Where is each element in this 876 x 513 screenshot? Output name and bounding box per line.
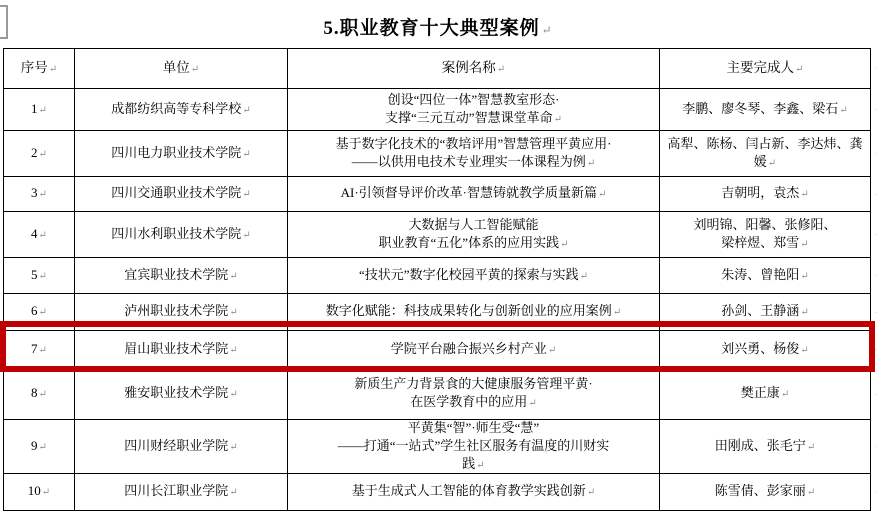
row-number-cell: 8	[4, 369, 75, 420]
case-name-text: 平黄集“智”·师生受“慧” ——打通“一站式”学生社区服务有温度的川财实 践	[338, 420, 610, 474]
table-row-1: 1 成都纺织高等专科学校 创设“四位一体”智慧教室形态· 支撑“三元互动”智慧课…	[4, 89, 871, 131]
contributors-cell: 刘明锦、阳馨、张修阳、 梁梓煜、郑雪	[660, 212, 871, 258]
unit-text: 成都纺织高等专科学校	[111, 100, 250, 120]
unit-text: 泸州职业技术学院	[124, 302, 237, 322]
contributors-cell: 吉朝明，袁杰	[660, 177, 871, 212]
unit-cell: 成都纺织高等专科学校	[75, 89, 288, 131]
row-number-text: 4	[31, 225, 47, 245]
case-name-text: 创设“四位一体”智慧教室形态· 支撑“三元互动”智慧课堂革命	[385, 91, 562, 129]
case-name-text: 学院平台融合振兴乡村产业	[391, 340, 556, 360]
contributors-text: 吉朝明，袁杰	[721, 184, 808, 204]
case-name-cell: 平黄集“智”·师生受“慧” ——打通“一站式”学生社区服务有温度的川财实 践	[288, 420, 660, 474]
table-row-10: 10 四川长江职业学院 基于生成式人工智能的体育教学实践创新 陈雪倩、彭家丽	[4, 474, 871, 511]
contributors-cell: 陈雪倩、彭家丽	[660, 474, 871, 511]
document-page: 5.职业教育十大典型案例 序号 单位 案例名称 主要完成人 1 成都纺织高等专科…	[0, 0, 876, 513]
table-row-3: 3 四川交通职业技术学院 AI·引领督导评价改革·智慧铸就教学质量新篇 吉朝明，…	[4, 177, 871, 212]
unit-cell: 四川电力职业技术学院	[75, 131, 288, 177]
contributors-text: 孙剑、王静涵	[721, 302, 808, 322]
case-name-cell: 大数据与人工智能赋能 职业教育“五化”体系的应用实践	[288, 212, 660, 258]
row-number-text: 9	[31, 437, 47, 457]
unit-cell: 泸州职业技术学院	[75, 294, 288, 331]
page-title-text: 5.职业教育十大典型案例	[323, 18, 552, 39]
unit-cell: 雅安职业技术学院	[75, 369, 288, 420]
contributors-cell: 刘兴勇、杨俊	[660, 331, 871, 369]
table-row-7-highlighted: 7 眉山职业技术学院 学院平台融合振兴乡村产业 刘兴勇、杨俊	[4, 331, 871, 369]
contributors-cell: 朱涛、曾艳阳	[660, 258, 871, 294]
unit-text: 四川长江职业学院	[124, 482, 237, 502]
table-row-9: 9 四川财经职业学院 平黄集“智”·师生受“慧” ——打通“一站式”学生社区服务…	[4, 420, 871, 474]
case-name-text: 数字化赋能：科技成果转化与创新创业的应用案例	[326, 302, 621, 322]
row-number-text: 7	[31, 340, 47, 360]
header-cell-contributors: 主要完成人	[660, 49, 871, 89]
case-name-cell: 学院平台融合振兴乡村产业	[288, 331, 660, 369]
case-name-text: 基于数字化技术的“教培评用”智慧管理平黄应用· ——以供用电技术专业理实一体课程…	[336, 135, 612, 173]
unit-cell: 四川水利职业技术学院	[75, 212, 288, 258]
unit-cell: 四川长江职业学院	[75, 474, 288, 511]
unit-text: 宜宾职业技术学院	[124, 266, 237, 286]
header-no-text: 序号	[21, 59, 57, 79]
header-cell-no: 序号	[4, 49, 75, 89]
row-number-cell: 6	[4, 294, 75, 331]
contributors-text: 刘明锦、阳馨、张修阳、 梁梓煜、郑雪	[693, 216, 836, 254]
unit-cell: 四川交通职业技术学院	[75, 177, 288, 212]
row-number-text: 3	[31, 184, 47, 204]
row-number-cell: 10	[4, 474, 75, 511]
case-name-cell: “技状元”数字化校园平黄的探索与实践	[288, 258, 660, 294]
row-number-cell: 5	[4, 258, 75, 294]
row-number-cell: 7	[4, 331, 75, 369]
row-number-cell: 9	[4, 420, 75, 474]
row-number-text: 8	[31, 384, 47, 404]
case-name-text: 基于生成式人工智能的体育教学实践创新	[352, 482, 595, 502]
table-row-5: 5 宜宾职业技术学院 “技状元”数字化校园平黄的探索与实践 朱涛、曾艳阳	[4, 258, 871, 294]
case-name-cell: 基于生成式人工智能的体育教学实践创新	[288, 474, 660, 511]
header-case-name-text: 案例名称	[442, 59, 505, 79]
table-row-2: 2 四川电力职业技术学院 基于数字化技术的“教培评用”智慧管理平黄应用· ——以…	[4, 131, 871, 177]
table-row-6: 6 泸州职业技术学院 数字化赋能：科技成果转化与创新创业的应用案例 孙剑、王静涵	[4, 294, 871, 331]
contributors-text: 樊正康	[741, 384, 789, 404]
row-number-text: 6	[31, 302, 47, 322]
case-name-cell: 新质生产力背景食的大健康服务管理平黄· 在医学教育中的应用	[288, 369, 660, 420]
contributors-text: 李鹏、廖冬琴、李鑫、梁石	[682, 100, 847, 120]
unit-cell: 四川财经职业学院	[75, 420, 288, 474]
contributors-text: 刘兴勇、杨俊	[721, 340, 808, 360]
header-cell-unit: 单位	[75, 49, 288, 89]
cases-table: 序号 单位 案例名称 主要完成人 1 成都纺织高等专科学校 创设“四位一体”智慧…	[3, 48, 871, 511]
contributors-cell: 高犁、陈杨、闫占新、李达炜、龚 媛	[660, 131, 871, 177]
unit-cell: 宜宾职业技术学院	[75, 258, 288, 294]
row-number-cell: 1	[4, 89, 75, 131]
case-name-cell: AI·引领督导评价改革·智慧铸就教学质量新篇	[288, 177, 660, 212]
case-name-cell: 创设“四位一体”智慧教室形态· 支撑“三元互动”智慧课堂革命	[288, 89, 660, 131]
header-unit-text: 单位	[163, 59, 199, 79]
header-cell-case-name: 案例名称	[288, 49, 660, 89]
contributors-text: 田刚成、张毛宁	[715, 437, 815, 457]
case-name-text: “技状元”数字化校园平黄的探索与实践	[359, 266, 588, 286]
table-row-4: 4 四川水利职业技术学院 大数据与人工智能赋能 职业教育“五化”体系的应用实践 …	[4, 212, 871, 258]
unit-text: 眉山职业技术学院	[124, 340, 237, 360]
unit-text: 雅安职业技术学院	[124, 384, 237, 404]
header-contributors-text: 主要完成人	[727, 59, 804, 79]
contributors-cell: 田刚成、张毛宁	[660, 420, 871, 474]
unit-text: 四川水利职业技术学院	[111, 225, 250, 245]
case-name-cell: 基于数字化技术的“教培评用”智慧管理平黄应用· ——以供用电技术专业理实一体课程…	[288, 131, 660, 177]
row-number-cell: 3	[4, 177, 75, 212]
case-name-text: 大数据与人工智能赋能 职业教育“五化”体系的应用实践	[379, 216, 569, 254]
contributors-cell: 李鹏、廖冬琴、李鑫、梁石	[660, 89, 871, 131]
table-header-row: 序号 单位 案例名称 主要完成人	[4, 49, 871, 89]
case-name-text: 新质生产力背景食的大健康服务管理平黄· 在医学教育中的应用	[354, 375, 592, 413]
row-number-text: 1	[31, 100, 47, 120]
row-number-text: 2	[31, 144, 47, 164]
contributors-text: 高犁、陈杨、闫占新、李达炜、龚 媛	[667, 135, 862, 173]
table-row-8: 8 雅安职业技术学院 新质生产力背景食的大健康服务管理平黄· 在医学教育中的应用…	[4, 369, 871, 420]
contributors-cell: 樊正康	[660, 369, 871, 420]
unit-text: 四川财经职业学院	[124, 437, 237, 457]
row-number-cell: 4	[4, 212, 75, 258]
row-number-text: 10	[28, 482, 50, 502]
unit-text: 四川电力职业技术学院	[111, 144, 250, 164]
unit-cell: 眉山职业技术学院	[75, 331, 288, 369]
case-name-text: AI·引领督导评价改革·智慧铸就教学质量新篇	[341, 184, 607, 204]
row-number-cell: 2	[4, 131, 75, 177]
contributors-text: 朱涛、曾艳阳	[721, 266, 808, 286]
contributors-cell: 孙剑、王静涵	[660, 294, 871, 331]
case-name-cell: 数字化赋能：科技成果转化与创新创业的应用案例	[288, 294, 660, 331]
contributors-text: 陈雪倩、彭家丽	[715, 482, 815, 502]
unit-text: 四川交通职业技术学院	[111, 184, 250, 204]
page-title: 5.职业教育十大典型案例	[0, 13, 876, 40]
row-number-text: 5	[31, 266, 47, 286]
